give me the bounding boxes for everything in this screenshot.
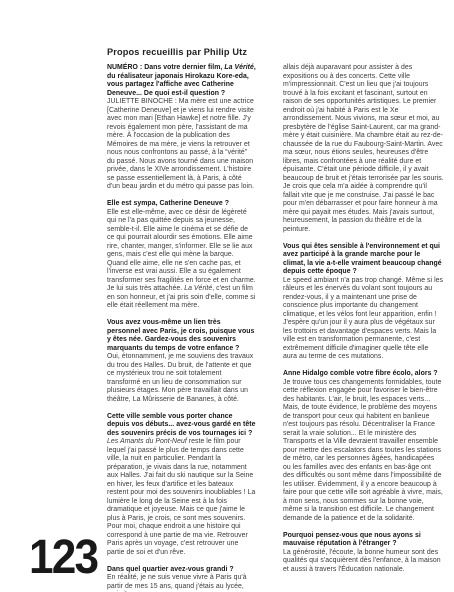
interview-answer: Je trouve tous ces changements formidabl… bbox=[283, 379, 444, 524]
interview-question: Dans quel quartier avez-vous grandi ? bbox=[107, 566, 256, 575]
interview-answer: Elle est elle-même, avec ce désir de lég… bbox=[107, 209, 256, 311]
column-left: NUMÉRO : Dans votre dernier film, La Vér… bbox=[107, 64, 256, 592]
text-segment: JULIETTE BINOCHE : Ma mère est une actri… bbox=[107, 98, 254, 190]
interview-question: NUMÉRO : Dans votre dernier film, La Vér… bbox=[107, 64, 256, 98]
interview-question: Cette ville semble vous porter chance de… bbox=[107, 413, 256, 439]
interview-question: Vous qui êtes sensible à l'environnement… bbox=[283, 243, 444, 277]
interview-question: Anne Hidalgo comble votre fibre écolo, a… bbox=[283, 370, 444, 379]
text-segment: Vous avez vous-même un lien très personn… bbox=[107, 319, 254, 352]
text-segment: Vous qui êtes sensible à l'environnement… bbox=[283, 243, 442, 276]
text-segment: La Vérité bbox=[184, 285, 212, 292]
text-segment: La Vérité bbox=[224, 64, 254, 71]
interview-answer: Le speed ambiant n'a pas trop changé. Mê… bbox=[283, 277, 444, 362]
magazine-page: Propos recueillis par Philip Utz NUMÉRO … bbox=[0, 0, 454, 592]
interview-answer: Oui, étonnamment, je me souviens des tra… bbox=[107, 353, 256, 404]
text-segment: Cette ville semble vous porter chance de… bbox=[107, 413, 255, 437]
interview-answer: La générosité, l'écoute, la bonne humeur… bbox=[283, 549, 444, 575]
interview-question: Elle est sympa, Catherine Deneuve ? bbox=[107, 200, 256, 209]
interview-question: Vous avez vous-même un lien très personn… bbox=[107, 319, 256, 353]
text-segment: Je trouve tous ces changements formidabl… bbox=[283, 379, 443, 522]
text-segment: Elle est sympa, Catherine Deneuve ? bbox=[107, 200, 229, 207]
interview-answer: En réalité, je ne suis venue vivre à Par… bbox=[107, 574, 256, 592]
text-segment: Oui, étonnamment, je me souviens des tra… bbox=[107, 353, 253, 403]
text-segment: Dans quel quartier avez-vous grandi ? bbox=[107, 566, 234, 573]
text-segment: Le speed ambiant n'a pas trop changé. Mê… bbox=[283, 277, 443, 361]
text-segment: En réalité, je ne suis venue vivre à Par… bbox=[107, 574, 247, 592]
byline: Propos recueillis par Philip Utz bbox=[107, 47, 247, 57]
text-segment: Elle est elle-même, avec ce désir de lég… bbox=[107, 209, 256, 293]
text-segment: Anne Hidalgo comble votre fibre écolo, a… bbox=[283, 370, 438, 377]
interview-answer: Les Amants du Pont-Neuf reste le film po… bbox=[107, 438, 256, 557]
interview-answer: allais déjà auparavant pour assister à d… bbox=[283, 64, 444, 234]
column-right: allais déjà auparavant pour assister à d… bbox=[283, 64, 444, 574]
interview-answer: JULIETTE BINOCHE : Ma mère est une actri… bbox=[107, 98, 256, 192]
text-segment: Les Amants du Pont-Neuf bbox=[107, 438, 187, 445]
text-segment: allais déjà auparavant pour assister à d… bbox=[283, 64, 444, 233]
page-number: 123 bbox=[29, 534, 97, 582]
text-segment: reste le film pour lequel j'ai passé le … bbox=[107, 438, 255, 556]
text-segment: Pourquoi pensez-vous que nous ayons si m… bbox=[283, 532, 421, 548]
text-segment: NUMÉRO : Dans votre dernier film, bbox=[107, 64, 224, 71]
text-segment: La générosité, l'écoute, la bonne humeur… bbox=[283, 549, 441, 573]
interview-question: Pourquoi pensez-vous que nous ayons si m… bbox=[283, 532, 444, 549]
